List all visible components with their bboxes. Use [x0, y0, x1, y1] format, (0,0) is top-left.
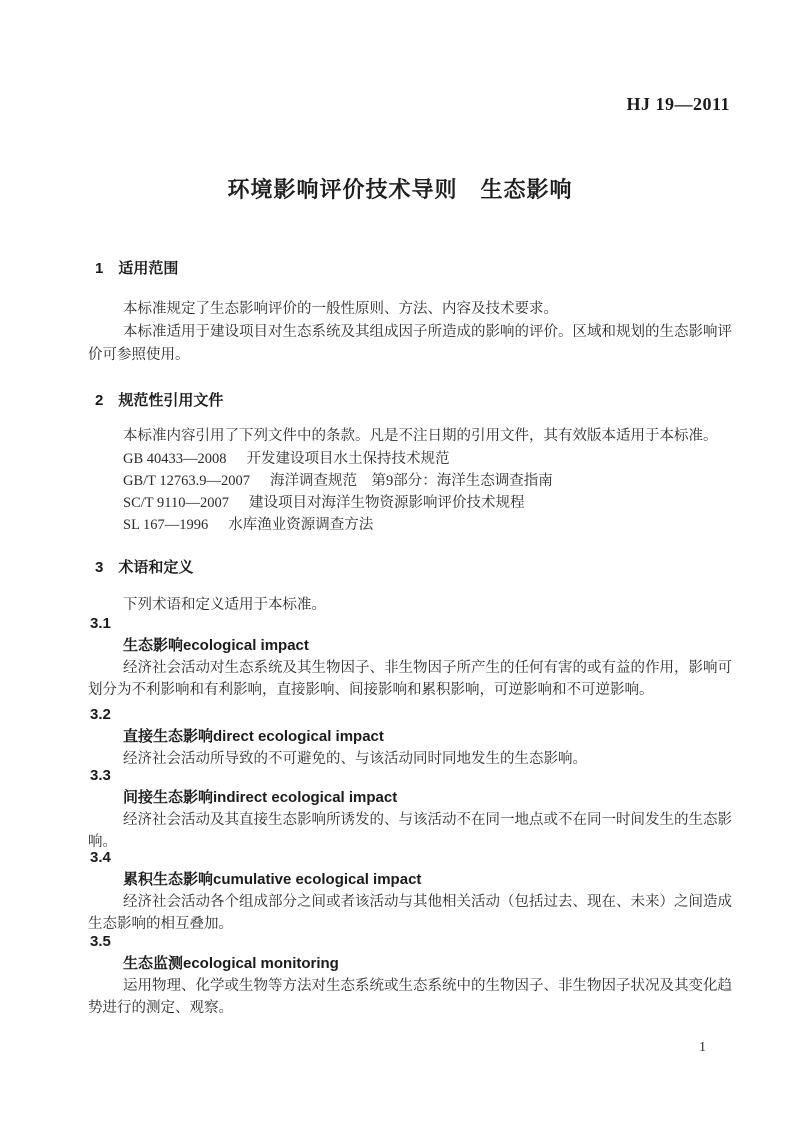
term-number: 3.5	[90, 931, 734, 953]
term-definition: 经济社会活动对生态系统及其生物因子、非生物因子所产生的任何有害的或有益的作用，影…	[88, 657, 734, 701]
reference-title: 水库渔业资源调查方法	[228, 517, 373, 533]
references-list-block: GB 40433—2008开发建设项目水土保持技术规范 GB/T 12763.9…	[88, 448, 734, 536]
term-item-3-3: 3.3 间接生态影响indirect ecological impact 经济社…	[88, 765, 734, 853]
term-number: 3.1	[90, 613, 734, 635]
standard-code: HJ 19—2011	[626, 94, 730, 115]
scope-paragraph-2: 本标准适用于建设项目对生态系统及其组成因子所造成的影响的评价。区域和规划的生态影…	[88, 321, 734, 367]
references-intro-text: 本标准内容引用了下列文件中的条款。凡是不注日期的引用文件，其有效版本适用于本标准…	[88, 425, 734, 447]
scope-paragraph-1: 本标准规定了生态影响评价的一般性原则、方法、内容及技术要求。	[88, 298, 734, 321]
term-name: 生态监测ecological monitoring	[88, 953, 734, 975]
section-2-number: 2	[95, 392, 103, 409]
section-2-title: 规范性引用文件	[118, 392, 223, 409]
section-1-title: 适用范围	[118, 260, 178, 277]
term-item-3-1: 3.1 生态影响ecological impact 经济社会活动对生态系统及其生…	[88, 613, 734, 701]
term-name: 生态影响ecological impact	[88, 635, 734, 657]
references-list: GB 40433—2008开发建设项目水土保持技术规范 GB/T 12763.9…	[88, 448, 734, 536]
section-3-title: 术语和定义	[118, 559, 193, 576]
term-definition: 经济社会活动各个组成部分之间或者该活动与其他相关活动（包括过去、现在、未来）之间…	[88, 891, 734, 935]
document-page: HJ 19—2011 环境影响评价技术导则 生态影响 1适用范围 本标准规定了生…	[0, 0, 800, 1132]
reference-code: GB 40433—2008	[123, 448, 227, 470]
reference-code: SC/T 9110—2007	[123, 492, 229, 514]
term-number: 3.3	[90, 765, 734, 787]
section-1-heading: 1适用范围	[95, 257, 178, 278]
reference-title: 开发建设项目水土保持技术规范	[247, 451, 450, 467]
term-name: 间接生态影响indirect ecological impact	[88, 787, 734, 809]
term-number: 3.2	[90, 704, 734, 726]
section-3-number: 3	[95, 559, 103, 576]
section-1-body: 本标准规定了生态影响评价的一般性原则、方法、内容及技术要求。 本标准适用于建设项…	[88, 298, 734, 367]
reference-title: 海洋调查规范 第9部分：海洋生态调查指南	[270, 473, 553, 489]
reference-code: SL 167—1996	[123, 514, 208, 536]
reference-code: GB/T 12763.9—2007	[123, 470, 250, 492]
references-intro: 本标准内容引用了下列文件中的条款。凡是不注日期的引用文件，其有效版本适用于本标准…	[88, 425, 734, 447]
term-number: 3.4	[90, 847, 734, 869]
page-number: 1	[699, 1040, 706, 1056]
term-item-3-4: 3.4 累积生态影响cumulative ecological impact 经…	[88, 847, 734, 935]
term-name: 直接生态影响direct ecological impact	[88, 726, 734, 748]
section-3-heading: 3术语和定义	[95, 556, 193, 577]
term-item-3-5: 3.5 生态监测ecological monitoring 运用物理、化学或生物…	[88, 931, 734, 1019]
reference-item: GB/T 12763.9—2007海洋调查规范 第9部分：海洋生态调查指南	[123, 470, 734, 492]
section-2-heading: 2规范性引用文件	[95, 389, 223, 410]
reference-item: SL 167—1996水库渔业资源调查方法	[123, 514, 734, 536]
term-name: 累积生态影响cumulative ecological impact	[88, 869, 734, 891]
term-item-3-2: 3.2 直接生态影响direct ecological impact 经济社会活…	[88, 704, 734, 770]
section-1-number: 1	[95, 260, 103, 277]
term-definition: 运用物理、化学或生物等方法对生态系统或生态系统中的生物因子、非生物因子状况及其变…	[88, 975, 734, 1019]
reference-title: 建设项目对海洋生物资源影响评价技术规程	[249, 495, 525, 511]
reference-item: SC/T 9110—2007建设项目对海洋生物资源影响评价技术规程	[123, 492, 734, 514]
reference-item: GB 40433—2008开发建设项目水土保持技术规范	[123, 448, 734, 470]
document-title: 环境影响评价技术导则 生态影响	[0, 173, 800, 204]
